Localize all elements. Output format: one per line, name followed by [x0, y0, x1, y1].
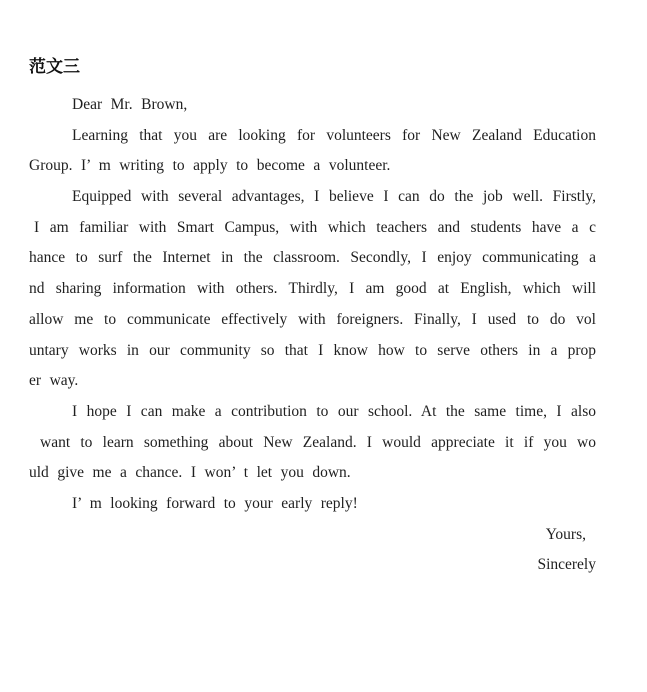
letter-line: Group. I’ m writing to apply to become a… — [29, 151, 596, 182]
letter-line: Sincerely — [29, 550, 596, 581]
letter-line: I’ m looking forward to your early reply… — [29, 489, 596, 520]
letter-line: I am familiar with Smart Campus, with wh… — [29, 213, 596, 244]
letter-line: untary works in our community so that I … — [29, 336, 596, 367]
letter-line: uld give me a chance. I won’ t let you d… — [29, 458, 596, 489]
essay-title: 范文三 — [29, 56, 596, 78]
letter-line: nd sharing information with others. Thir… — [29, 274, 596, 305]
letter-body: Dear Mr. Brown,Learning that you are loo… — [29, 90, 596, 581]
document-page: 范文三 Dear Mr. Brown,Learning that you are… — [0, 0, 647, 692]
letter-line: Dear Mr. Brown, — [29, 90, 596, 121]
letter-line: want to learn something about New Zealan… — [29, 428, 596, 459]
letter-line: Yours, — [29, 520, 596, 551]
letter-line: Equipped with several advantages, I beli… — [29, 182, 596, 213]
letter-line: Learning that you are looking for volunt… — [29, 121, 596, 152]
letter-line: allow me to communicate effectively with… — [29, 305, 596, 336]
letter-line: er way. — [29, 366, 596, 397]
letter-line: I hope I can make a contribution to our … — [29, 397, 596, 428]
letter-line: hance to surf the Internet in the classr… — [29, 243, 596, 274]
